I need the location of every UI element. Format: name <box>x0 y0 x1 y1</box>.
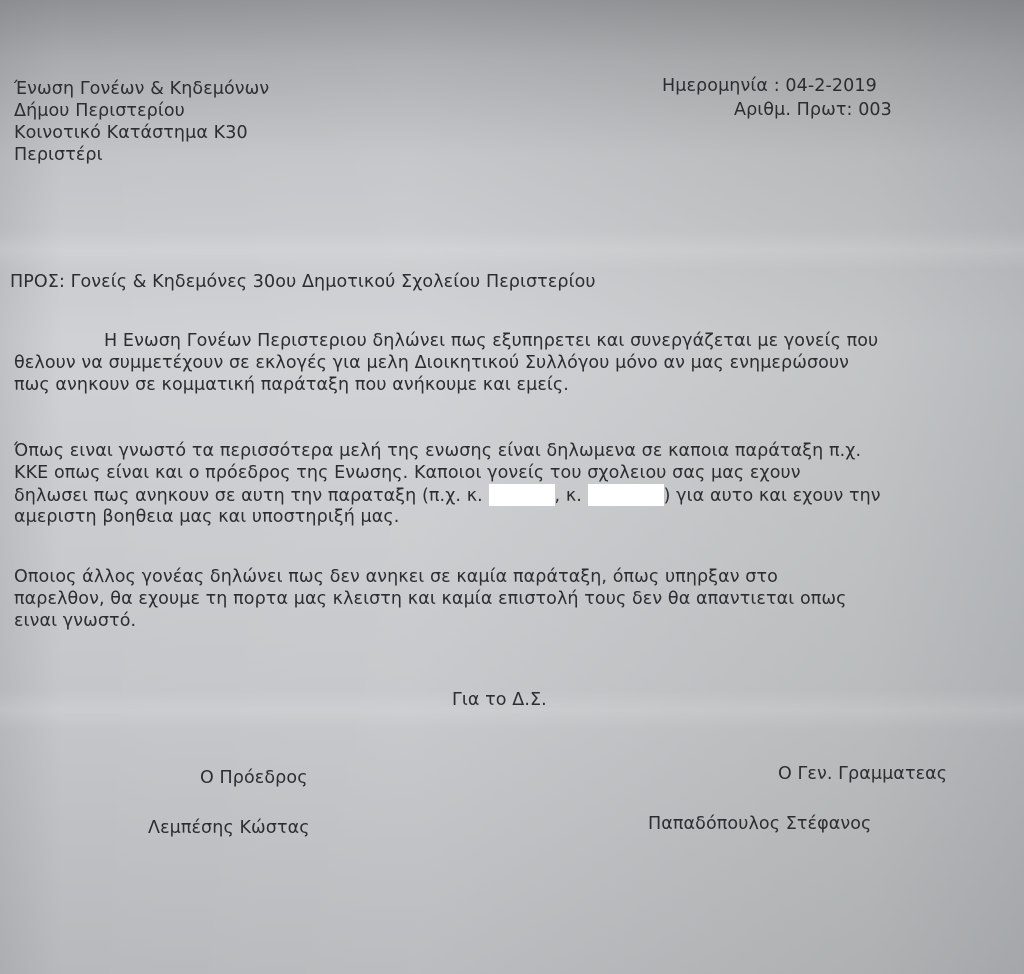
paper-fold <box>0 230 1024 270</box>
president-name: Λεμπέσης Κώστας <box>148 818 310 838</box>
paragraph-line: Οποιος άλλος γονέας δηλώνει πως δεν ανηκ… <box>14 566 847 588</box>
paragraph-line: πως ανηκουν σε κομματική παράταξη που αν… <box>14 374 878 396</box>
protocol-value: 003 <box>858 100 892 120</box>
sender-line: Δήμου Περιστερίου <box>14 100 269 122</box>
secretary-name: Παπαδόπουλος Στέφανος <box>648 814 871 834</box>
date-line: Ημερομηνία : 04-2-2019 <box>662 76 877 96</box>
protocol-line: Αριθμ. Πρωτ: 003 <box>734 100 892 120</box>
sender-line: Ένωση Γονέων & Κηδεμόνων <box>14 78 269 100</box>
redaction-box <box>588 484 664 506</box>
paragraph-2: Όπως ειναι γνωστό τα περισσότερα μελή τη… <box>14 440 881 528</box>
sender-line: Κοινοτικό Κατάστημα Κ30 <box>14 122 269 144</box>
paragraph-line: ειναι γνωστό. <box>14 610 847 632</box>
president-title: Ο Πρόεδρος <box>200 768 308 788</box>
paragraph-line: παρελθον, θα εχουμε τη πορτα μας κλειστη… <box>14 588 847 610</box>
redaction-box <box>489 484 555 506</box>
paragraph-line-redacted: δηλωσει πως ανηκουν σε αυτη την παραταξη… <box>14 484 881 506</box>
sender-block: Ένωση Γονέων & Κηδεμόνων Δήμου Περιστερί… <box>14 78 269 166</box>
document-photo: Ένωση Γονέων & Κηδεμόνων Δήμου Περιστερί… <box>0 0 1024 974</box>
paragraph-line: Η Ενωση Γονέων Περιστεριου δηλώνει πως ε… <box>14 330 878 352</box>
paragraph-line: ΚΚΕ οπως είναι και ο πρόεδρος της Ενωσης… <box>14 462 881 484</box>
recipient-line: ΠΡΟΣ: Γονείς & Κηδεμόνες 30ου Δημοτικού … <box>10 272 596 292</box>
paragraph-line: Όπως ειναι γνωστό τα περισσότερα μελή τη… <box>14 440 881 462</box>
paragraph-line: αμεριστη βοηθεια μας και υποστηριξή μας. <box>14 506 881 528</box>
secretary-title: Ο Γεν. Γραμματεας <box>778 764 947 784</box>
paragraph-1: Η Ενωση Γονέων Περιστεριου δηλώνει πως ε… <box>14 330 878 396</box>
closing-line: Για το Δ.Σ. <box>452 690 547 710</box>
sender-line: Περιστέρι <box>14 144 269 166</box>
protocol-label: Αριθμ. Πρωτ <box>734 100 847 120</box>
date-label: Ημερομηνία <box>662 76 768 96</box>
paragraph-line: θελουν να συμμετέχουν σε εκλογές για μελ… <box>14 352 878 374</box>
paragraph-3: Οποιος άλλος γονέας δηλώνει πως δεν ανηκ… <box>14 566 847 632</box>
date-value: 04-2-2019 <box>785 76 876 96</box>
